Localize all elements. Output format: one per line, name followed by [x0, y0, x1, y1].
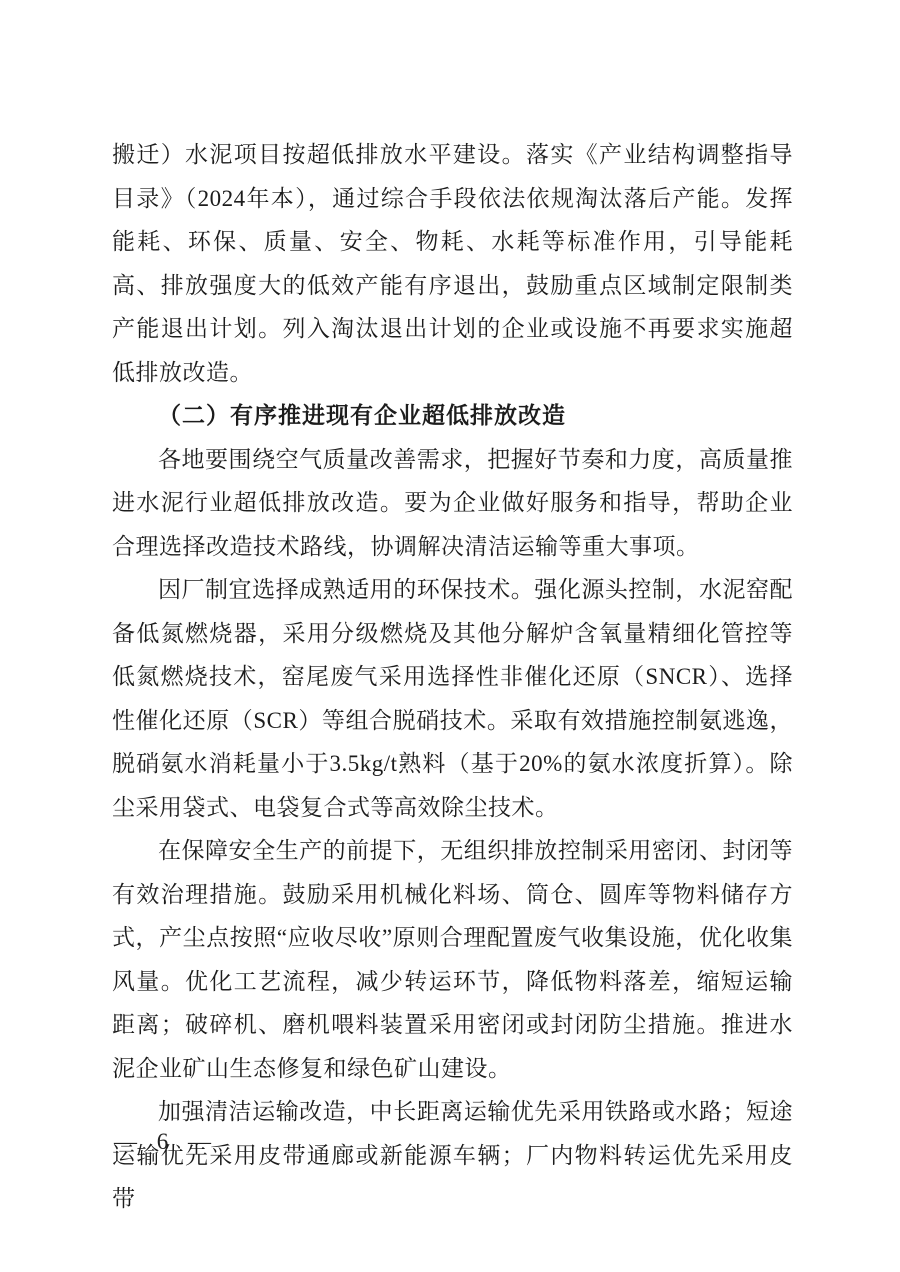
paragraph: 各地要围绕空气质量改善需求，把握好节奏和力度，高质量推进水泥行业超低排放改造。要…: [112, 438, 793, 569]
section-heading: （二）有序推进现有企业超低排放改造: [112, 394, 793, 438]
paragraph: 加强清洁运输改造，中长距离运输优先采用铁路或水路；短途运输优先采用皮带通廊或新能…: [112, 1090, 793, 1221]
document-body: 搬迁）水泥项目按超低排放水平建设。落实《产业结构调整指导目录》（2024年本），…: [112, 133, 793, 1221]
paragraph: 搬迁）水泥项目按超低排放水平建设。落实《产业结构调整指导目录》（2024年本），…: [112, 133, 793, 394]
paragraph: 在保障安全生产的前提下，无组织排放控制采用密闭、封闭等有效治理措施。鼓励采用机械…: [112, 829, 793, 1090]
paragraph: 因厂制宜选择成熟适用的环保技术。强化源头控制，水泥窑配备低氮燃烧器，采用分级燃烧…: [112, 568, 793, 829]
document-page: 搬迁）水泥项目按超低排放水平建设。落实《产业结构调整指导目录》（2024年本），…: [0, 0, 900, 1272]
page-number: — 6 —: [114, 1127, 213, 1157]
